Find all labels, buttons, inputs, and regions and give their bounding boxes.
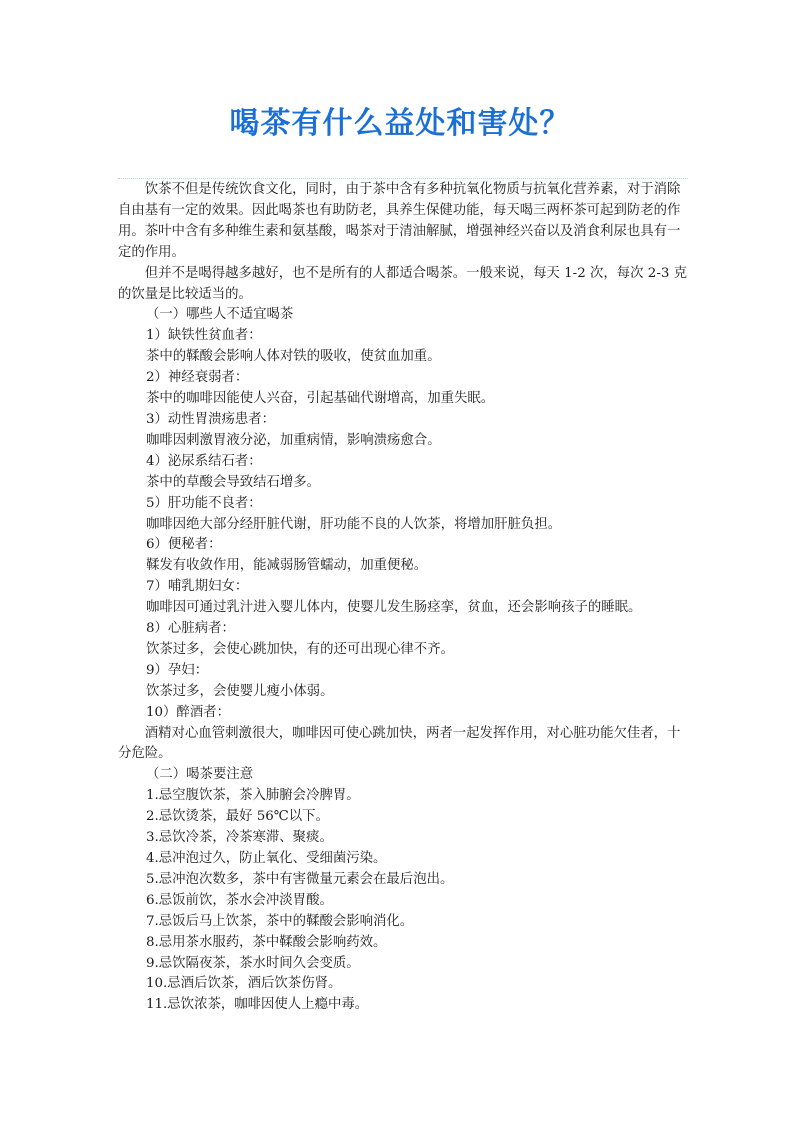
unsuitable-group-detail: 咖啡因绝大部分经肝脏代谢，肝功能不良的人饮茶，将增加肝脏负担。 xyxy=(118,515,690,536)
unsuitable-group-detail: 茶中的咖啡因能使人兴奋，引起基础代谢增高，加重失眠。 xyxy=(118,389,690,410)
unsuitable-group-detail: 茶中的草酸会导致结石增多。 xyxy=(118,473,690,494)
unsuitable-group-label: 9）孕妇： xyxy=(118,661,690,682)
tea-caution-item: 2.忌饮烫茶，最好 56℃以下。 xyxy=(118,807,690,828)
tea-caution-item: 10.忌酒后饮茶，酒后饮茶伤肾。 xyxy=(118,974,690,995)
tea-caution-item: 9.忌饮隔夜茶，茶水时间久会变质。 xyxy=(118,954,690,975)
unsuitable-group-label: 8）心脏病者： xyxy=(118,619,690,640)
unsuitable-group-detail: 咖啡因可通过乳汁进入婴儿体内，使婴儿发生肠痉挛，贫血，还会影响孩子的睡眠。 xyxy=(118,598,690,619)
document-page: 喝茶有什么益处和害处？ 饮茶不但是传统饮食文化，同时，由于茶中含有多种抗氧化物质… xyxy=(0,0,800,1132)
section-1-heading: （一）哪些人不适宜喝茶 xyxy=(118,305,690,326)
unsuitable-group-detail: 饮茶过多，会使婴儿瘦小体弱。 xyxy=(118,682,690,703)
unsuitable-group-detail: 鞣发有收敛作用，能减弱肠管蠕动，加重便秘。 xyxy=(118,556,690,577)
tea-caution-item: 1.忌空腹饮茶，茶入肺腑会冷脾胃。 xyxy=(118,786,690,807)
unsuitable-group-detail: 饮茶过多，会使心跳加快，有的还可出现心律不齐。 xyxy=(118,640,690,661)
unsuitable-group-label: 3）动性胃溃疡患者： xyxy=(118,410,690,431)
tea-caution-item: 11.忌饮浓茶，咖啡因使人上瘾中毒。 xyxy=(118,995,690,1016)
unsuitable-group-label: 6）便秘者： xyxy=(118,535,690,556)
intro-paragraph-2: 但并不是喝得越多越好，也不是所有的人都适合喝茶。一般来说，每天 1-2 次，每次… xyxy=(118,264,690,306)
tea-caution-item: 5.忌冲泡次数多，茶中有害微量元素会在最后泡出。 xyxy=(118,870,690,891)
unsuitable-group-detail: 咖啡因刺激胃液分泌，加重病情，影响溃疡愈合。 xyxy=(118,431,690,452)
unsuitable-group-label: 2）神经衰弱者： xyxy=(118,368,690,389)
unsuitable-group-detail: 茶中的鞣酸会影响人体对铁的吸收，使贫血加重。 xyxy=(118,347,690,368)
unsuitable-group-label: 1）缺铁性贫血者： xyxy=(118,326,690,347)
unsuitable-group-label: 5）肝功能不良者： xyxy=(118,494,690,515)
unsuitable-group-detail: 酒精对心血管刺激很大，咖啡因可使心跳加快，两者一起发挥作用，对心脏功能欠佳者，十… xyxy=(118,724,690,766)
section-2-heading: （二）喝茶要注意 xyxy=(118,765,690,786)
unsuitable-group-label: 7）哺乳期妇女： xyxy=(118,577,690,598)
document-title: 喝茶有什么益处和害处？ xyxy=(0,104,800,144)
intro-paragraph-1: 饮茶不但是传统饮食文化，同时，由于茶中含有多种抗氧化物质与抗氧化营养素，对于消除… xyxy=(118,180,690,264)
dotted-divider xyxy=(118,178,688,179)
unsuitable-group-label: 10）醉酒者： xyxy=(118,703,690,724)
tea-caution-item: 3.忌饮冷茶，冷茶寒滞、聚痰。 xyxy=(118,828,690,849)
unsuitable-group-label: 4）泌尿系结石者： xyxy=(118,452,690,473)
tea-caution-item: 4.忌冲泡过久，防止氧化、受细菌污染。 xyxy=(118,849,690,870)
tea-caution-item: 7.忌饭后马上饮茶，茶中的鞣酸会影响消化。 xyxy=(118,912,690,933)
document-body: 饮茶不但是传统饮食文化，同时，由于茶中含有多种抗氧化物质与抗氧化营养素，对于消除… xyxy=(118,180,690,1016)
tea-caution-item: 6.忌饭前饮，茶水会冲淡胃酸。 xyxy=(118,891,690,912)
tea-caution-item: 8.忌用茶水服药，茶中鞣酸会影响药效。 xyxy=(118,933,690,954)
